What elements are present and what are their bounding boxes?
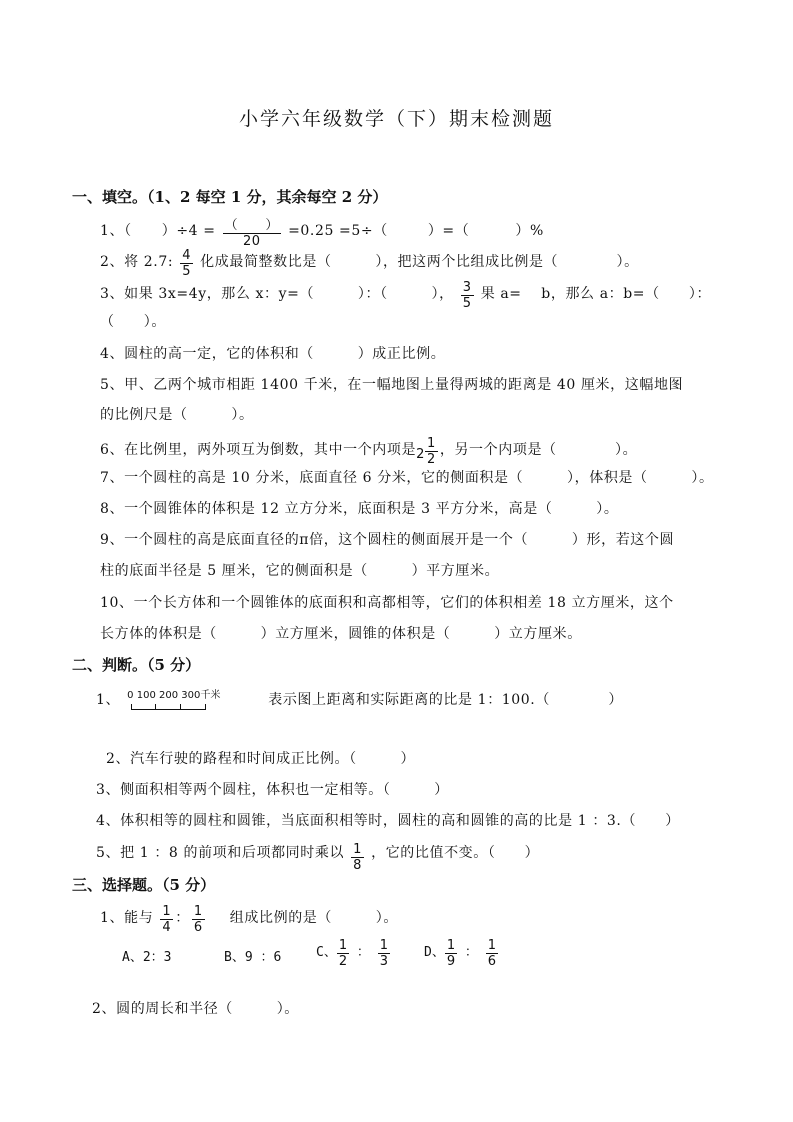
judge-question-5: 5、把 1 ：8 的前项和后项都同时乘以 18 ，它的比值不变。（ ）: [96, 842, 539, 873]
fill-question-3-line2: （ ）。: [100, 311, 166, 331]
fill-question-3: 3、如果 3x=4y，那么 x：y=（ ）：（ ）， 35 果 a= b，那么 …: [100, 280, 711, 311]
fill-question-2: 2、将 2.7: 45 化成最简整数比是（ ），把这两个比组成比例是（ ）。: [100, 248, 639, 279]
fill-question-9-line2: 柱的底面半径是 5 厘米，它的侧面积是（ ）平方厘米。: [100, 560, 499, 580]
option-d[interactable]: D、19 ： 16: [424, 938, 498, 969]
section-3-heading: 三、选择题。（5 分）: [72, 874, 215, 895]
judge-question-1: 1、 0 100 200 300千米 表示图上距离和实际距离的比是 1：100.…: [96, 686, 623, 714]
q1-part4: ）%: [515, 223, 544, 239]
q1-part1: ）÷4 =: [162, 223, 216, 239]
fraction-blank-over-20: （ ）20: [223, 218, 281, 249]
fill-question-5-line1: 5、甲、乙两个城市相距 1400 千米，在一幅地图上量得两城的距离是 40 厘米…: [100, 374, 683, 394]
fill-question-9-line1: 9、一个圆柱的高是底面直径的π倍，这个圆柱的侧面展开是一个（ ）形，若这个圆: [100, 529, 674, 549]
page-title: 小学六年级数学（下）期末检测题: [0, 104, 793, 131]
map-scale-bar: 0 100 200 300千米: [125, 686, 245, 714]
fill-question-4: 4、圆柱的高一定，它的体积和（ ）成正比例。: [100, 343, 445, 363]
q1-part2: =0.25 =5÷（: [288, 223, 388, 239]
option-c[interactable]: C、12 ： 13: [316, 938, 390, 969]
q1-prefix: 1、（: [100, 223, 132, 239]
fraction-4-5: 45: [180, 248, 193, 279]
fill-question-6: 6、在比例里，两外项互为倒数，其中一个内项是212，另一个内项是（ ）。: [100, 436, 637, 467]
option-a[interactable]: A、2：3: [122, 946, 171, 965]
fill-question-10-line2: 长方体的体积是（ ）立方厘米，圆锥的体积是（ ）立方厘米。: [100, 623, 582, 643]
fraction-3-5: 35: [461, 280, 474, 311]
fill-question-1: 1、（）÷4 = （ ）20 =0.25 =5÷（）=（）%: [100, 218, 544, 249]
choice-question-1: 1、能与 14：16 组成比例的是（ ）。: [100, 904, 398, 935]
fill-question-7: 7、一个圆柱的高是 10 分米，底面直径 6 分米，它的侧面积是（ ），体积是（…: [100, 467, 714, 487]
q1-part3: ）=（: [428, 223, 470, 239]
fill-question-10-line1: 10、一个长方体和一个圆锥体的底面积和高都相等，它们的体积相差 18 立方厘米，…: [100, 592, 674, 612]
choice-question-2: 2、圆的周长和半径（ ）。: [92, 998, 299, 1018]
fraction-1-2: 12: [425, 436, 438, 467]
option-b[interactable]: B、9 ：6: [224, 946, 281, 965]
judge-question-2: 2、汽车行驶的路程和时间成正比例。（ ）: [106, 748, 415, 768]
fill-question-8: 8、一个圆锥体的体积是 12 立方分米，底面积是 3 平方分米，高是（ ）。: [100, 498, 618, 518]
judge-question-4: 4、体积相等的圆柱和圆锥，当底面积相等时，圆柱的高和圆锥的高的比是 1 ：3.（…: [96, 810, 680, 830]
fill-question-5-line2: 的比例尺是（ ）。: [100, 404, 254, 424]
fraction-1-6: 16: [192, 904, 205, 935]
judge-question-3: 3、侧面积相等两个圆柱，体积也一定相等。（ ）: [96, 779, 449, 799]
section-2-heading: 二、判断。（5 分）: [72, 654, 200, 675]
fraction-1-8: 18: [351, 842, 364, 873]
section-1-heading: 一、填空。（1、2 每空 1 分，其余每空 2 分）: [72, 186, 387, 207]
fraction-1-4: 14: [160, 904, 173, 935]
